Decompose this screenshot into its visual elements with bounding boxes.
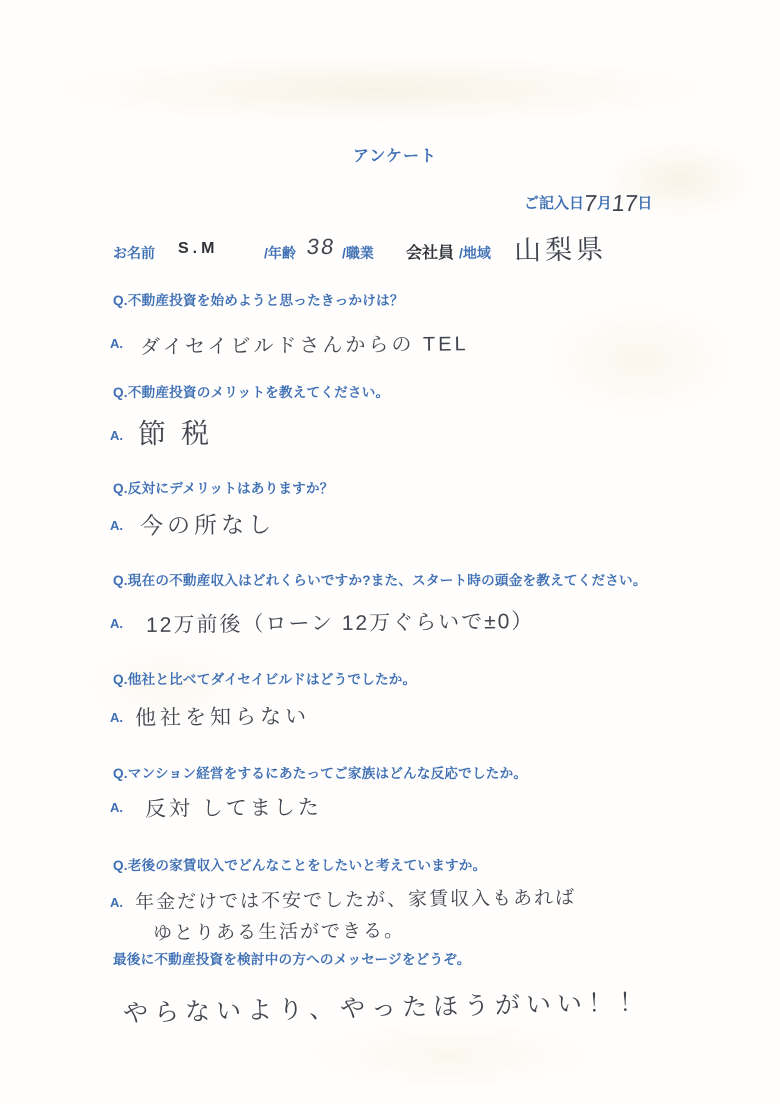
name-value: S.M: [178, 240, 218, 258]
name-label: お名前: [113, 243, 155, 263]
fill-date-day-value: 17: [610, 190, 638, 217]
answer-7-text-line1: 年金だけでは不安でしたが、家賃収入もあれば: [135, 883, 576, 915]
answer-5-text: 他社を知らない: [135, 700, 310, 732]
answer-7-text-line2: ゆとりある生活ができる。: [153, 916, 405, 946]
question-6: Q.マンション経営をするにあたってご家族はどんな反応でしたか。: [113, 762, 527, 782]
answer-7-label: A.: [110, 895, 123, 910]
age-label: /年齢: [264, 243, 296, 263]
answer-6-text: 反対 してました: [145, 791, 322, 823]
region-value: 山梨県: [514, 227, 608, 268]
page-title: アンケート: [353, 143, 437, 166]
scan-artifact: [40, 55, 720, 125]
fill-date-day-unit: 日: [637, 195, 652, 212]
answer-3-text: 今の所なし: [140, 506, 275, 540]
answer-5-label: A.: [110, 710, 123, 725]
answer-1-label: A.: [110, 336, 123, 351]
closing-message: やらないより、やったほうがいい！！: [123, 982, 651, 1029]
job-value: 会社員: [406, 240, 454, 263]
fill-date-month-unit: 月: [597, 195, 612, 212]
survey-scan-page: アンケート ご記入日7月17日 お名前 S.M /年齢 38 /職業 会社員 /…: [0, 0, 780, 1104]
question-5: Q.他社と比べてダイセイビルドはどうでしたか。: [113, 668, 416, 688]
job-label: /職業: [342, 243, 374, 263]
answer-4-label: A.: [110, 616, 123, 631]
question-7: Q.老後の家賃収入でどんなことをしたいと考えていますか。: [113, 854, 486, 874]
fill-date-line: ご記入日7月17日: [524, 190, 652, 217]
answer-4-text: 12万前後（ローン 12万ぐらいで±0）: [146, 605, 535, 639]
question-4: Q.現在の不動産収入はどれくらいですか?また、スタート時の頭金を教えてください。: [113, 569, 647, 589]
answer-1-text: ダイセイビルドさんからの TEL: [140, 327, 469, 359]
fill-date-month-value: 7: [583, 190, 599, 217]
region-label: /地域: [459, 243, 491, 263]
answer-6-label: A.: [110, 800, 123, 815]
closing-prompt: 最後に不動産投資を検討中の方へのメッセージをどうぞ。: [113, 948, 471, 968]
answer-2-label: A.: [110, 428, 123, 443]
age-value: 38: [305, 234, 337, 260]
question-2: Q.不動産投資のメリットを教えてください。: [113, 381, 389, 401]
scan-artifact: [540, 300, 740, 420]
scan-artifact: [300, 1020, 600, 1090]
question-1: Q.不動産投資を始めようと思ったきっかけは？: [113, 289, 404, 309]
question-3: Q.反対にデメリットはありますか？: [113, 477, 334, 497]
fill-date-label: ご記入日: [524, 195, 584, 212]
answer-2-text: 節税: [138, 412, 224, 453]
answer-3-label: A.: [110, 518, 123, 533]
